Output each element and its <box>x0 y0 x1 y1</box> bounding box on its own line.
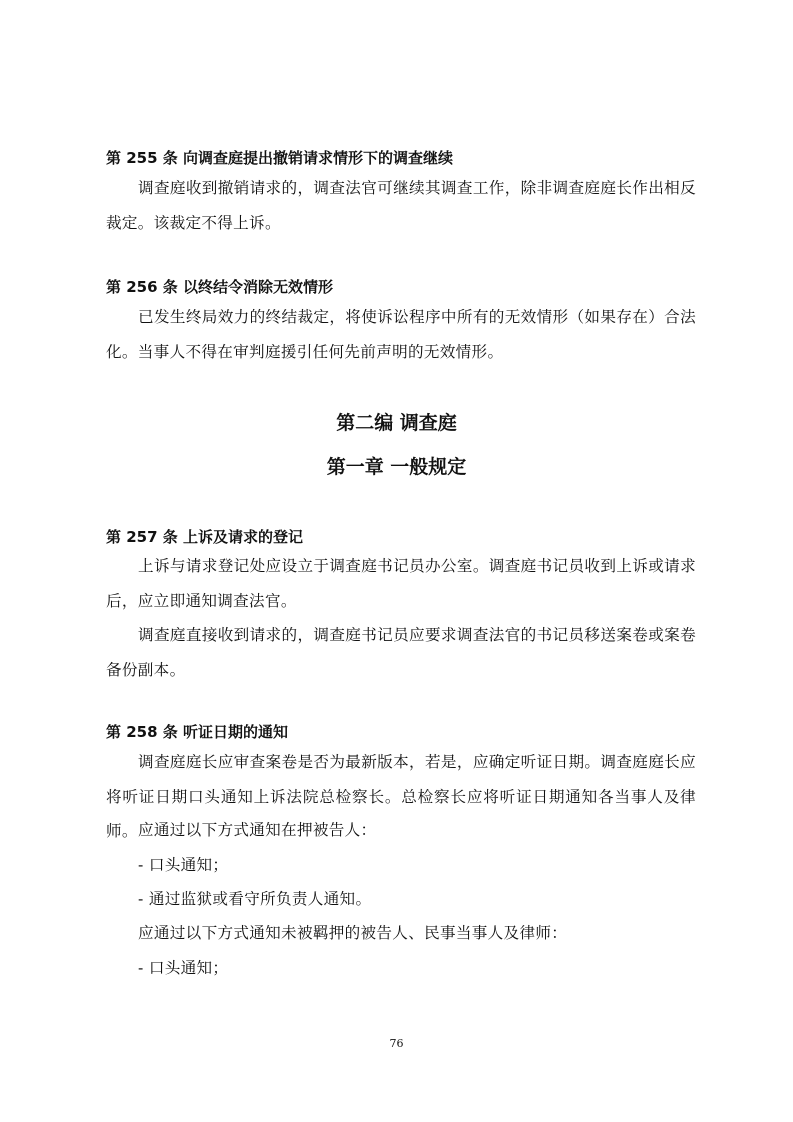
chapter-title: 第一章 一般规定 <box>0 455 793 479</box>
article-255-heading: 第 255 条 向调查庭提出撤销请求情形下的调查继续 <box>106 148 453 168</box>
article-258-list-item-2: - 通过监狱或看守所负责人通知。 <box>138 889 371 909</box>
article-258-line-2: 应通过以下方式通知未被羁押的被告人、民事当事人及律师： <box>138 923 567 943</box>
article-257-paragraph-1: 上诉与请求登记处应设立于调查庭书记员办公室。调查庭书记员收到上诉或请求后，应立即… <box>106 549 696 618</box>
page-number: 76 <box>0 1037 793 1050</box>
article-258-heading: 第 258 条 听证日期的通知 <box>106 722 288 742</box>
article-257-heading: 第 257 条 上诉及请求的登记 <box>106 527 303 547</box>
article-256-heading: 第 256 条 以终结令消除无效情形 <box>106 277 333 297</box>
document-page: 第 255 条 向调查庭提出撤销请求情形下的调查继续 调查庭收到撤销请求的，调查… <box>0 0 793 1122</box>
part-title: 第二编 调查庭 <box>0 411 793 435</box>
article-255-paragraph-1: 调查庭收到撤销请求的，调查法官可继续其调查工作，除非调查庭庭长作出相反裁定。该裁… <box>106 171 696 240</box>
article-258-list-item-3: - 口头通知； <box>138 958 228 978</box>
article-256-paragraph-1: 已发生终局效力的终结裁定，将使诉讼程序中所有的无效情形（如果存在）合法化。当事人… <box>106 300 696 369</box>
article-258-list-item-1: - 口头通知； <box>138 855 228 875</box>
article-258-line-1: 应通过以下方式通知在押被告人： <box>138 820 376 840</box>
article-257-paragraph-2: 调查庭直接收到请求的，调查庭书记员应要求调查法官的书记员移送案卷或案卷备份副本。 <box>106 618 696 687</box>
